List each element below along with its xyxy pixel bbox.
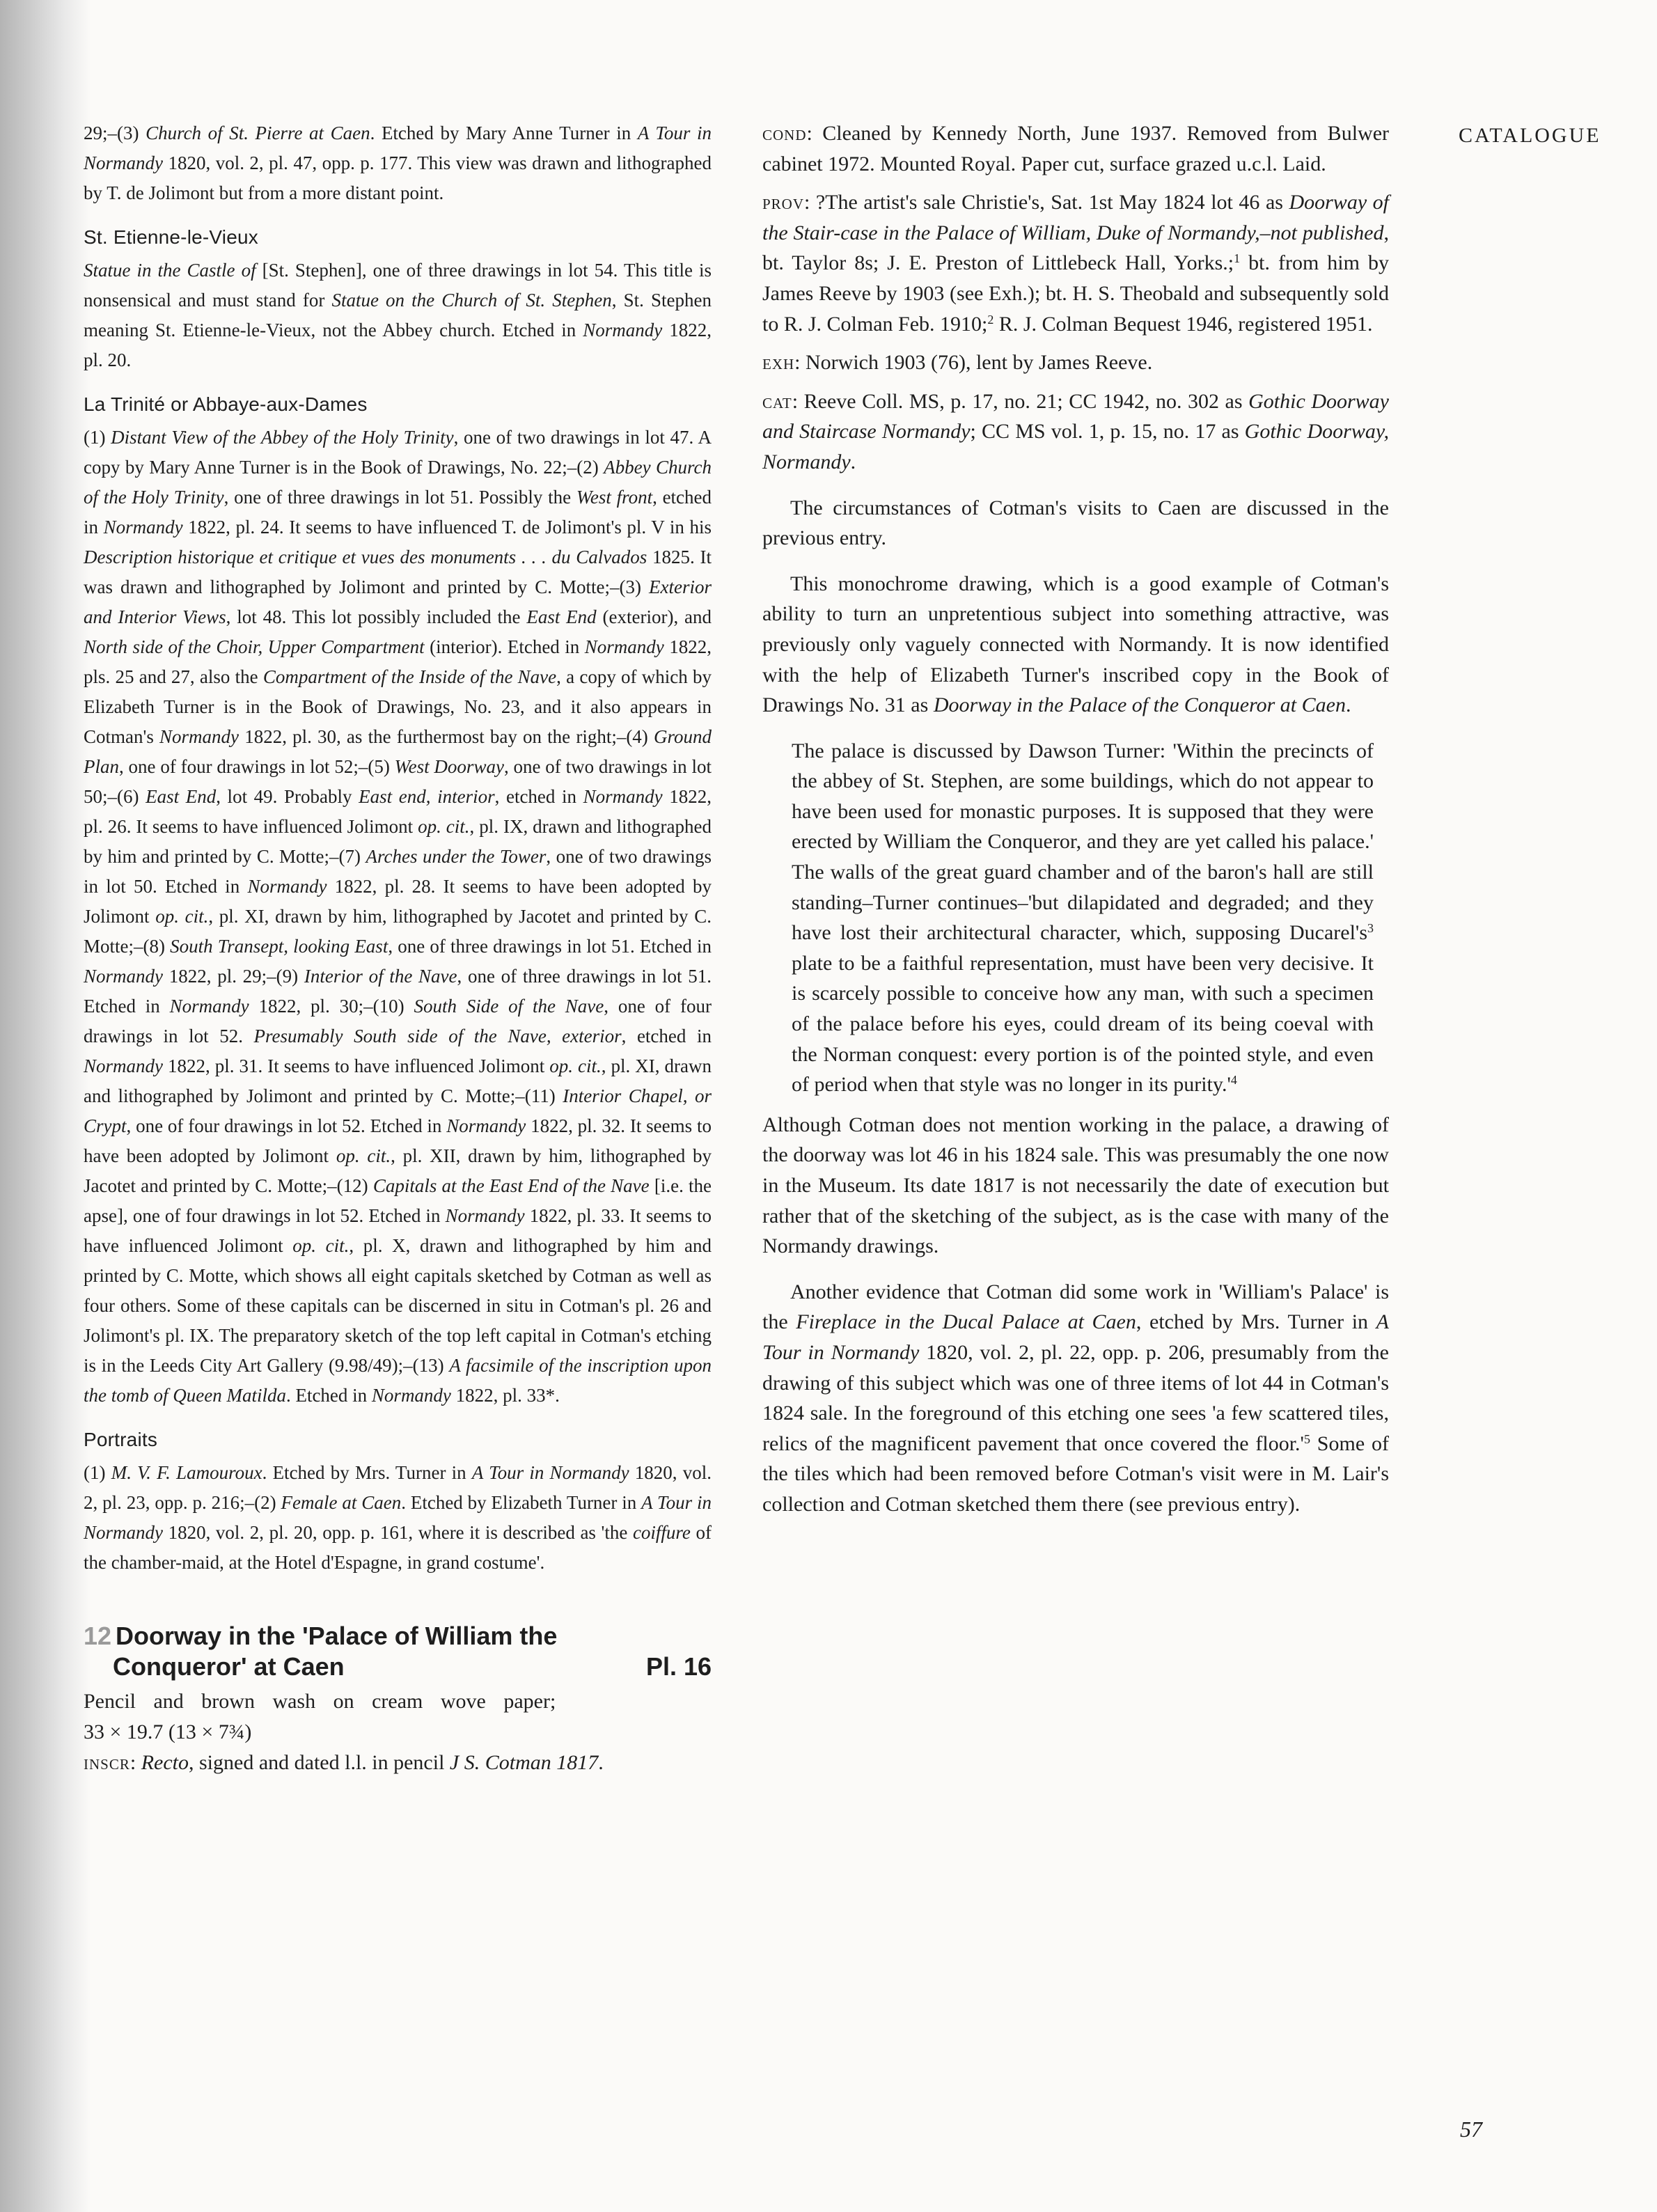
- body-paragraph-3: Although Cotman does not mention working…: [762, 1110, 1389, 1262]
- book-gutter-shadow: [0, 0, 91, 2212]
- intro-paragraph: 29;–(3) Church of St. Pierre at Caen. Et…: [84, 118, 712, 208]
- etienne-paragraph: Statue in the Castle of [St. Stephen], o…: [84, 256, 712, 375]
- block-quote: The palace is discussed by Dawson Turner…: [792, 736, 1374, 1100]
- footnote-ref[interactable]: 2: [987, 313, 994, 327]
- body-paragraph-2: This monochrome drawing, which is a good…: [762, 569, 1389, 721]
- prov-field: PROV: ?The artist's sale Christie's, Sat…: [762, 187, 1389, 339]
- portraits-paragraph: (1) M. V. F. Lamouroux. Etched by Mrs. T…: [84, 1458, 712, 1578]
- cond-label: COND: [762, 122, 807, 145]
- trinite-paragraph: (1) Distant View of the Abbey of the Hol…: [84, 423, 712, 1411]
- plate-reference: Pl. 16: [646, 1652, 712, 1682]
- right-column: COND: Cleaned by Kennedy North, June 193…: [762, 118, 1389, 1520]
- entry-dimensions: 33 × 19.7 (13 × 7¾): [84, 1717, 712, 1748]
- left-column: 29;–(3) Church of St. Pierre at Caen. Et…: [84, 118, 712, 1778]
- entry-inscription: INSCR: Recto, signed and dated l.l. in p…: [84, 1748, 712, 1778]
- entry-number: 12: [84, 1622, 111, 1650]
- footnote-ref[interactable]: 3: [1367, 921, 1374, 935]
- section-heading-portraits: Portraits: [84, 1426, 712, 1454]
- cat-label: CAT: [762, 390, 792, 413]
- exh-field: EXH: Norwich 1903 (76), lent by James Re…: [762, 347, 1389, 378]
- entry-title: 12Doorway in the 'Palace of William the …: [84, 1621, 712, 1682]
- cat-field: CAT: Reeve Coll. MS, p. 17, no. 21; CC 1…: [762, 386, 1389, 478]
- footnote-ref[interactable]: 1: [1234, 251, 1240, 265]
- body-paragraph-4: Another evidence that Cotman did some wo…: [762, 1277, 1389, 1520]
- exh-label: EXH: [762, 351, 794, 374]
- section-heading-trinite: La Trinité or Abbaye-aux-Dames: [84, 391, 712, 418]
- entry-medium: Pencil and brown wash on cream wove pape…: [84, 1686, 712, 1717]
- footnote-ref[interactable]: 4: [1231, 1073, 1237, 1087]
- page-number: 57: [1460, 2117, 1482, 2142]
- section-heading-etienne: St. Etienne-le-Vieux: [84, 223, 712, 251]
- running-header: CATALOGUE: [1459, 124, 1601, 148]
- body-paragraph-1: The circumstances of Cotman's visits to …: [762, 493, 1389, 554]
- footnote-ref[interactable]: 5: [1304, 1432, 1310, 1446]
- entry-title-line2: Conqueror' at Caen: [113, 1652, 345, 1682]
- entry-title-line1: Doorway in the 'Palace of William the: [116, 1622, 557, 1650]
- prov-label: PROV: [762, 191, 804, 214]
- cond-field: COND: Cleaned by Kennedy North, June 193…: [762, 118, 1389, 179]
